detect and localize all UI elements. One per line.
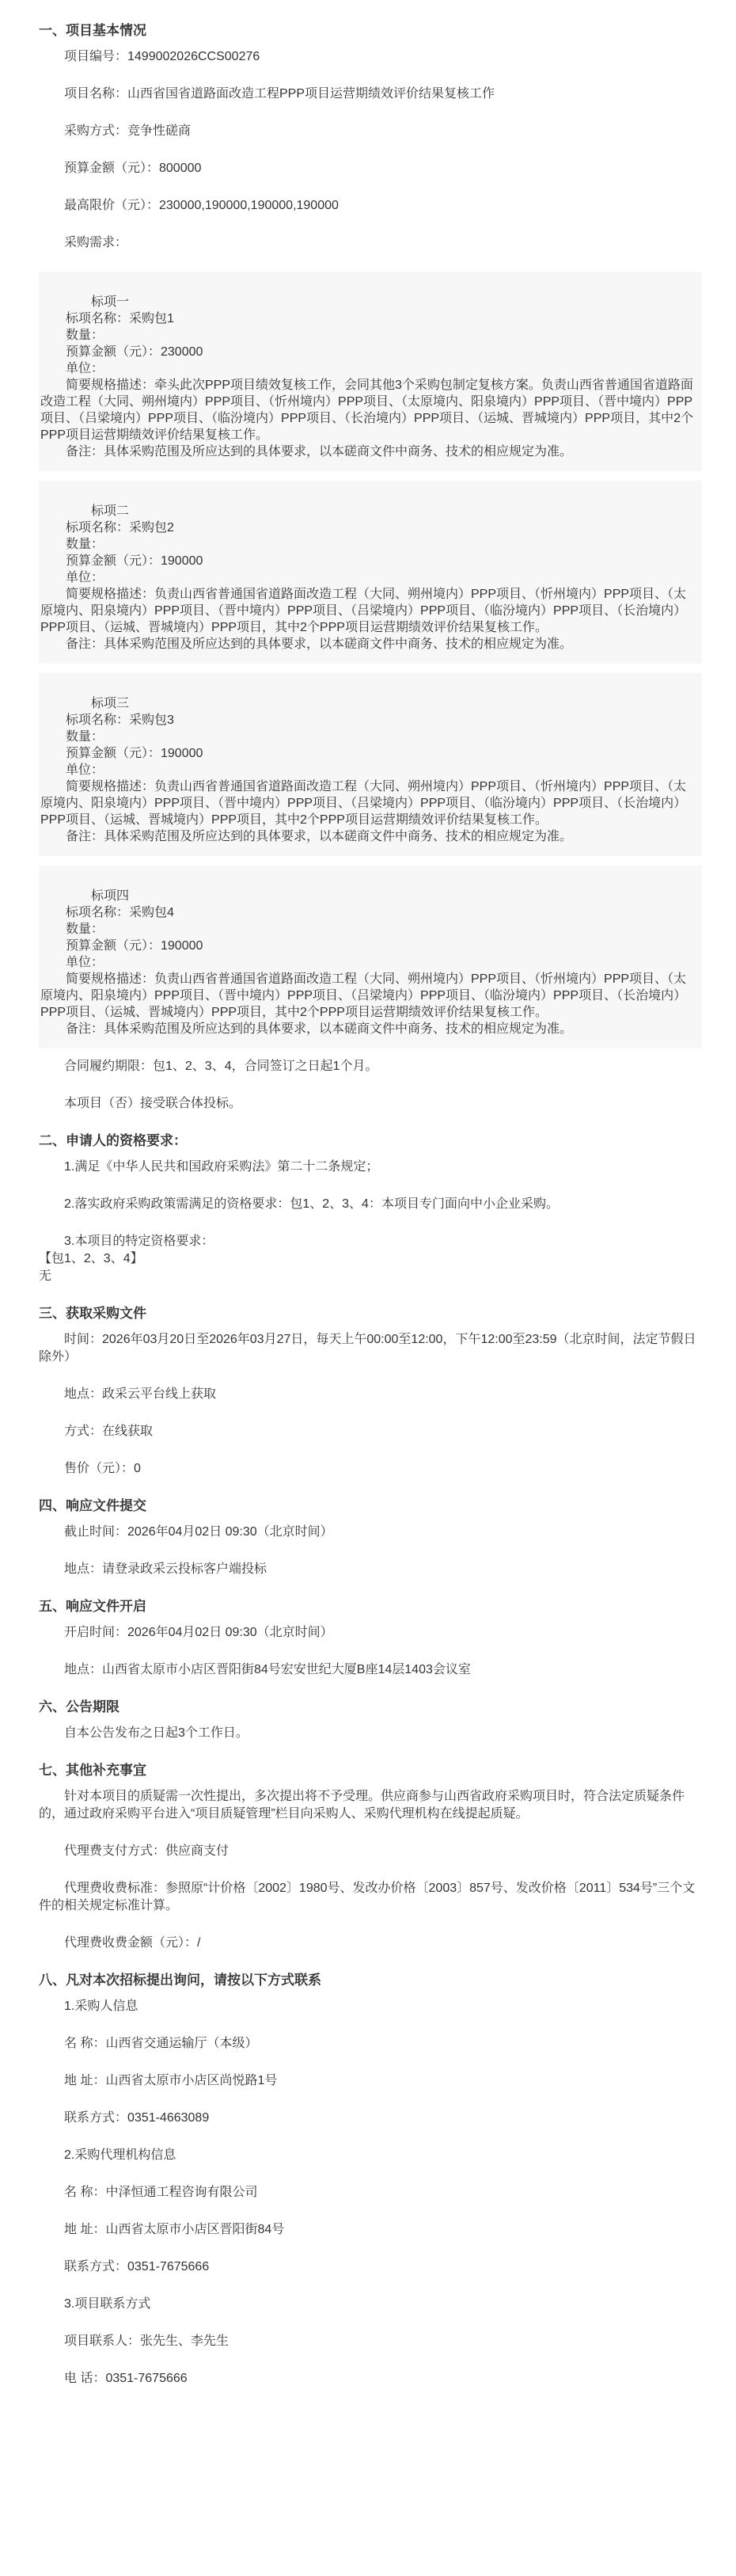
section-3-heading: 三、获取采购文件 xyxy=(39,1305,702,1322)
inquiry-note: 针对本项目的质疑需一次性提出，多次提出将不予受理。供应商参与山西省政府采购项目时… xyxy=(39,1788,702,1823)
agency-address: 地 址：山西省太原市小店区晋阳街84号 xyxy=(39,2221,702,2239)
section-project-basic-info: 一、项目基本情况 项目编号：1499002026CCS00276 项目名称：山西… xyxy=(39,22,702,1113)
submission-deadline: 截止时间：2026年04月02日 09:30（北京时间） xyxy=(39,1524,702,1541)
doc-obtain-method: 方式：在线获取 xyxy=(39,1423,702,1440)
contract-period: 合同履约期限：包1、2、3、4，合同签订之日起1个月。 xyxy=(39,1058,702,1075)
submission-location: 地点：请登录政采云投标客户端投标 xyxy=(39,1561,702,1578)
doc-obtain-location: 地点：政采云平台线上获取 xyxy=(39,1386,702,1403)
doc-obtain-time: 时间：2026年03月20日至2026年03月27日，每天上午00:00至12:… xyxy=(39,1331,702,1366)
section-4-heading: 四、响应文件提交 xyxy=(39,1497,702,1515)
procurement-method: 采购方式：竞争性磋商 xyxy=(39,123,702,140)
agency-fee-payment: 代理费支付方式：供应商支付 xyxy=(39,1843,702,1860)
agency-fee-standard: 代理费收费标准：参照原“计价格〔2002〕1980号、发改办价格〔2003〕85… xyxy=(39,1880,702,1915)
qualification-item-3: 3.本项目的特定资格要求： 【包1、2、3、4】 无 xyxy=(39,1233,702,1285)
lot-1-box: 标项一 标项名称：采购包1 数量： 预算金额（元）：230000 单位： 简要规… xyxy=(39,272,702,471)
agency-name: 名 称：中泽恒通工程咨询有限公司 xyxy=(39,2184,702,2201)
lot-4-box: 标项四 标项名称：采购包4 数量： 预算金额（元）：190000 单位： 简要规… xyxy=(39,866,702,1048)
section-response-opening: 五、响应文件开启 开启时间：2026年04月02日 09:30（北京时间） 地点… xyxy=(39,1598,702,1679)
section-8-heading: 八、凡对本次招标提出询问，请按以下方式联系 xyxy=(39,1972,702,1989)
project-name: 项目名称：山西省国省道路面改造工程PPP项目运营期绩效评价结果复核工作 xyxy=(39,86,702,103)
section-6-heading: 六、公告期限 xyxy=(39,1699,702,1716)
purchaser-address: 地 址：山西省太原市小店区尚悦路1号 xyxy=(39,2072,702,2090)
section-1-heading: 一、项目基本情况 xyxy=(39,22,702,40)
section-announcement-period: 六、公告期限 自本公告发布之日起3个工作日。 xyxy=(39,1699,702,1742)
section-contact-info: 八、凡对本次招标提出询问，请按以下方式联系 1.采购人信息 名 称：山西省交通运… xyxy=(39,1972,702,2388)
procurement-announcement-document: 一、项目基本情况 项目编号：1499002026CCS00276 项目名称：山西… xyxy=(0,0,736,2526)
opening-location: 地点：山西省太原市小店区晋阳街84号宏安世纪大厦B座14层1403会议室 xyxy=(39,1661,702,1679)
consortium-bidding: 本项目（否）接受联合体投标。 xyxy=(39,1095,702,1113)
agency-info-title: 2.采购代理机构信息 xyxy=(39,2147,702,2164)
section-other-supplements: 七、其他补充事宜 针对本项目的质疑需一次性提出，多次提出将不予受理。供应商参与山… xyxy=(39,1762,702,1952)
announcement-period-text: 自本公告发布之日起3个工作日。 xyxy=(39,1725,702,1742)
max-price: 最高限价（元）：230000,190000,190000,190000 xyxy=(39,197,702,215)
budget-amount: 预算金额（元）：800000 xyxy=(39,160,702,177)
section-qualification-requirements: 二、申请人的资格要求： 1.满足《中华人民共和国政府采购法》第二十二条规定； 2… xyxy=(39,1132,702,1285)
section-response-submission: 四、响应文件提交 截止时间：2026年04月02日 09:30（北京时间） 地点… xyxy=(39,1497,702,1578)
qualification-item-1: 1.满足《中华人民共和国政府采购法》第二十二条规定； xyxy=(39,1159,702,1176)
section-5-heading: 五、响应文件开启 xyxy=(39,1598,702,1615)
purchaser-name: 名 称：山西省交通运输厅（本级） xyxy=(39,2035,702,2053)
purchaser-info-title: 1.采购人信息 xyxy=(39,1998,702,2015)
section-7-heading: 七、其他补充事宜 xyxy=(39,1762,702,1779)
opening-time: 开启时间：2026年04月02日 09:30（北京时间） xyxy=(39,1624,702,1642)
project-contact-phone: 电 话：0351-7675666 xyxy=(39,2370,702,2388)
project-number: 项目编号：1499002026CCS00276 xyxy=(39,48,702,66)
section-2-heading: 二、申请人的资格要求： xyxy=(39,1132,702,1150)
qualification-item-2: 2.落实政府采购政策需满足的资格要求：包1、2、3、4：本项目专门面向中小企业采… xyxy=(39,1196,702,1213)
project-contact-title: 3.项目联系方式 xyxy=(39,2296,702,2313)
lot-3-box: 标项三 标项名称：采购包3 数量： 预算金额（元）：190000 单位： 简要规… xyxy=(39,673,702,856)
section-obtain-documents: 三、获取采购文件 时间：2026年03月20日至2026年03月27日，每天上午… xyxy=(39,1305,702,1478)
project-contact-person: 项目联系人：张先生、李先生 xyxy=(39,2333,702,2350)
agency-fee-amount: 代理费收费金额（元）：/ xyxy=(39,1935,702,1952)
procurement-demand-label: 采购需求： xyxy=(39,234,702,252)
purchaser-contact: 联系方式：0351-4663089 xyxy=(39,2110,702,2127)
doc-price: 售价（元）：0 xyxy=(39,1460,702,1478)
agency-contact: 联系方式：0351-7675666 xyxy=(39,2258,702,2276)
lot-2-box: 标项二 标项名称：采购包2 数量： 预算金额（元）：190000 单位： 简要规… xyxy=(39,481,702,664)
